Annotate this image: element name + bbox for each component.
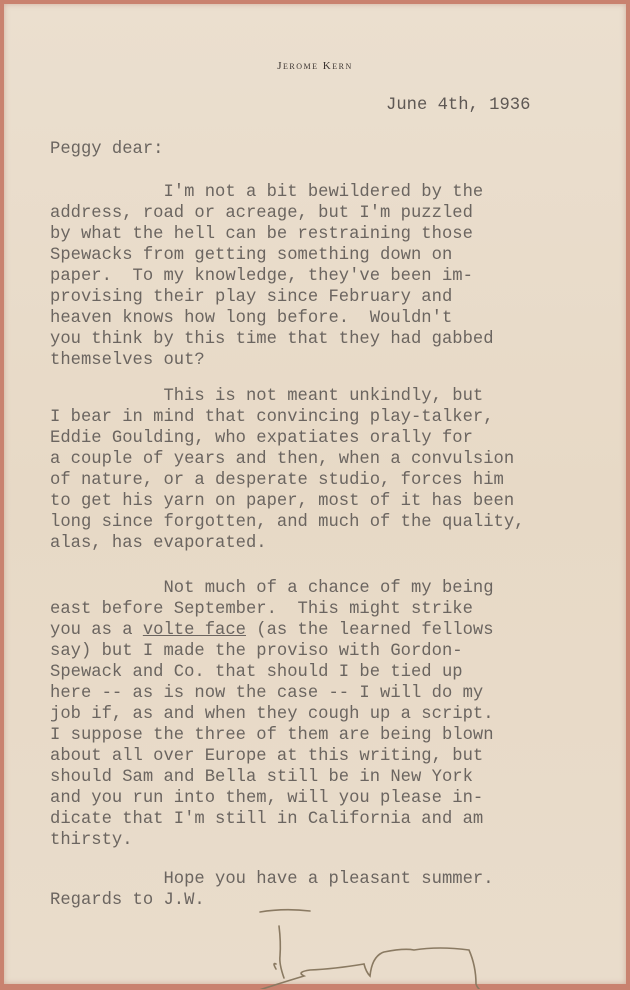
text-line: I'm not a bit bewildered by the [50, 182, 494, 203]
text-line: address, road or acreage, but I'm puzzle… [50, 203, 494, 224]
text-line: say) but I made the proviso with Gordon- [50, 641, 494, 662]
text-line: long since forgotten, and much of the qu… [50, 512, 524, 533]
text-line: and you run into them, will you please i… [50, 788, 494, 809]
signature-icon [244, 894, 534, 989]
text-line: alas, has evaporated. [50, 533, 524, 554]
letter-paper: Jerome Kern June 4th, 1936 Peggy dear: I… [4, 4, 626, 984]
text-line: job if, as and when they cough up a scri… [50, 704, 494, 725]
text-line: of nature, or a desperate studio, forces… [50, 470, 524, 491]
text-line: about all over Europe at this writing, b… [50, 746, 494, 767]
text-line: by what the hell can be restraining thos… [50, 224, 494, 245]
text-line: to get his yarn on paper, most of it has… [50, 491, 524, 512]
paragraph-2: This is not meant unkindly, butI bear in… [50, 386, 524, 554]
text-line: Eddie Goulding, who expatiates orally fo… [50, 428, 524, 449]
letter-date: June 4th, 1936 [386, 95, 530, 116]
text-line: provising their play since February and [50, 287, 494, 308]
text-line: Hope you have a pleasant summer. [50, 869, 494, 890]
text-line: I suppose the three of them are being bl… [50, 725, 494, 746]
text-line: paper. To my knowledge, they've been im- [50, 266, 494, 287]
letterhead: Jerome Kern [4, 60, 626, 72]
text-line: you think by this time that they had gab… [50, 329, 494, 350]
paragraph-3: Not much of a chance of my beingeast bef… [50, 578, 494, 851]
text-line: should Sam and Bella still be in New Yor… [50, 767, 494, 788]
text-line: Not much of a chance of my being [50, 578, 494, 599]
underlined-text: volte face [143, 621, 246, 640]
text-line: thirsty. [50, 830, 494, 851]
salutation: Peggy dear: [50, 139, 163, 160]
text-line: you as a volte face (as the learned fell… [50, 620, 494, 641]
text-line: east before September. This might strike [50, 599, 494, 620]
text-line: Spewacks from getting something down on [50, 245, 494, 266]
text-line: themselves out? [50, 350, 494, 371]
text-line: dicate that I'm still in California and … [50, 809, 494, 830]
text-line: heaven knows how long before. Wouldn't [50, 308, 494, 329]
paragraph-1: I'm not a bit bewildered by theaddress, … [50, 182, 494, 371]
text-line: a couple of years and then, when a convu… [50, 449, 524, 470]
text-line: Spewack and Co. that should I be tied up [50, 662, 494, 683]
text-line: here -- as is now the case -- I will do … [50, 683, 494, 704]
text-line: I bear in mind that convincing play-talk… [50, 407, 524, 428]
text-line: This is not meant unkindly, but [50, 386, 524, 407]
